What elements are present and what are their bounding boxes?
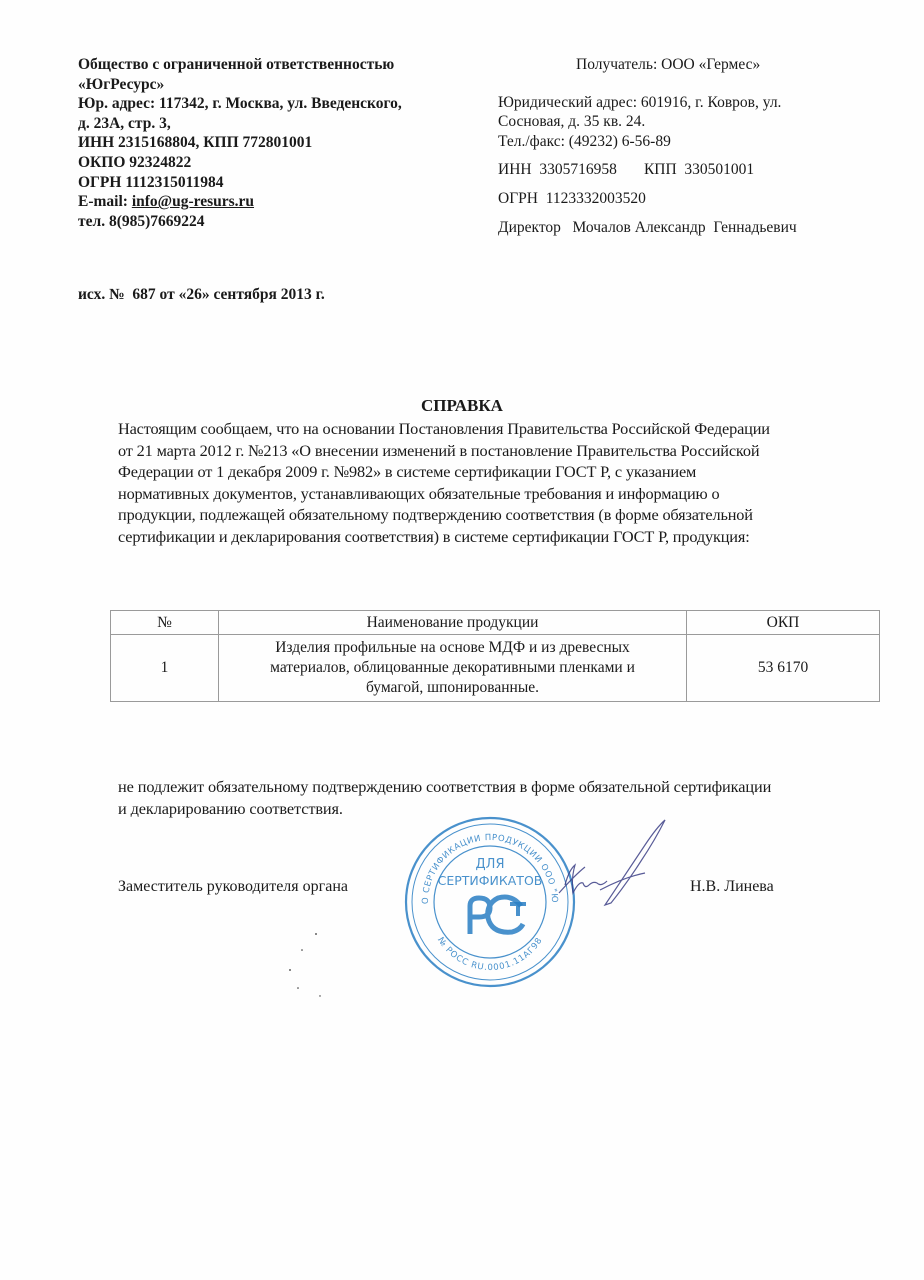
recipient-block: Получатель: ООО «Гермес» Юридический адр… [498,55,797,237]
email-link[interactable]: info@ug-resurs.ru [132,193,254,210]
recipient-director: Директор Мочалов Александр Геннадьевич [498,218,797,238]
sender-address: Юр. адрес: 117342, г. Москва, ул. Введен… [78,94,402,114]
cell-number: 1 [111,635,219,702]
header-number: № [111,611,219,635]
intro-line: продукции, подлежащей обязательному подт… [118,504,888,526]
intro-line: от 21 марта 2012 г. №213 «О внесении изм… [118,440,888,462]
intro-line: сертификации и декларирования соответств… [118,526,888,548]
intro-line: Настоящим сообщаем, что на основании Пос… [118,418,888,440]
sender-org-short: «ЮгРесурс» [78,75,402,95]
sender-email-line: E-mail: info@ug-resurs.ru [78,192,402,212]
svg-text:СЕРТИФИКАТОВ: СЕРТИФИКАТОВ [438,873,543,888]
sender-phone: тел. 8(985)7669224 [78,212,402,232]
svg-text:№ РОСС RU.0001.11АГ98: № РОСС RU.0001.11АГ98 [435,936,545,973]
product-name-line: бумагой, шпонированные. [225,678,680,698]
email-label: E-mail: [78,193,132,210]
intro-line: нормативных документов, устанавливающих … [118,483,888,505]
signature-icon [545,815,685,915]
outgoing-reference: исх. № 687 от «26» сентября 2013 г. [78,286,325,304]
sender-org-name: Общество с ограниченной ответственностью [78,55,402,75]
products-table: № Наименование продукции ОКП 1 Изделия п… [110,610,880,702]
cell-product-name: Изделия профильные на основе МДФ и из др… [219,635,687,702]
sender-address-cont: д. 23А, стр. 3, [78,114,402,134]
scan-specks [280,930,340,1000]
product-name-line: материалов, облицованные декоративными п… [225,658,680,678]
signatory-name: Н.В. Линева [690,878,774,896]
table-row: 1 Изделия профильные на основе МДФ и из … [111,635,880,702]
header-okp: ОКП [687,611,880,635]
recipient-title: Получатель: ООО «Гермес» [498,55,797,75]
recipient-address-line2: Сосновая, д. 35 кв. 24. [498,112,797,132]
conclusion-line: не подлежит обязательному подтверждению … [118,776,908,798]
intro-line: Федерации от 1 декабря 2009 г. №982» в с… [118,461,888,483]
svg-text:ДЛЯ: ДЛЯ [476,857,505,872]
table-header-row: № Наименование продукции ОКП [111,611,880,635]
sender-ogrn: ОГРН 1112315011984 [78,173,402,193]
sender-okpo: ОКПО 92324822 [78,153,402,173]
sender-block: Общество с ограниченной ответственностью… [78,55,402,231]
recipient-address-line1: Юридический адрес: 601916, г. Ковров, ул… [498,93,797,113]
intro-paragraph: Настоящим сообщаем, что на основании Пос… [118,418,888,547]
recipient-inn-kpp: ИНН 3305716958 КПП 330501001 [498,160,797,180]
recipient-ogrn: ОГРН 1123332003520 [498,189,797,209]
product-name-line: Изделия профильные на основе МДФ и из др… [225,638,680,658]
header-product-name: Наименование продукции [219,611,687,635]
sender-inn-kpp: ИНН 2315168804, КПП 772801001 [78,133,402,153]
signatory-role: Заместитель руководителя органа [118,878,348,896]
cell-okp: 53 6170 [687,635,880,702]
recipient-phone: Тел./факс: (49232) 6-56-89 [498,132,797,152]
document-title: СПРАВКА [0,396,924,416]
